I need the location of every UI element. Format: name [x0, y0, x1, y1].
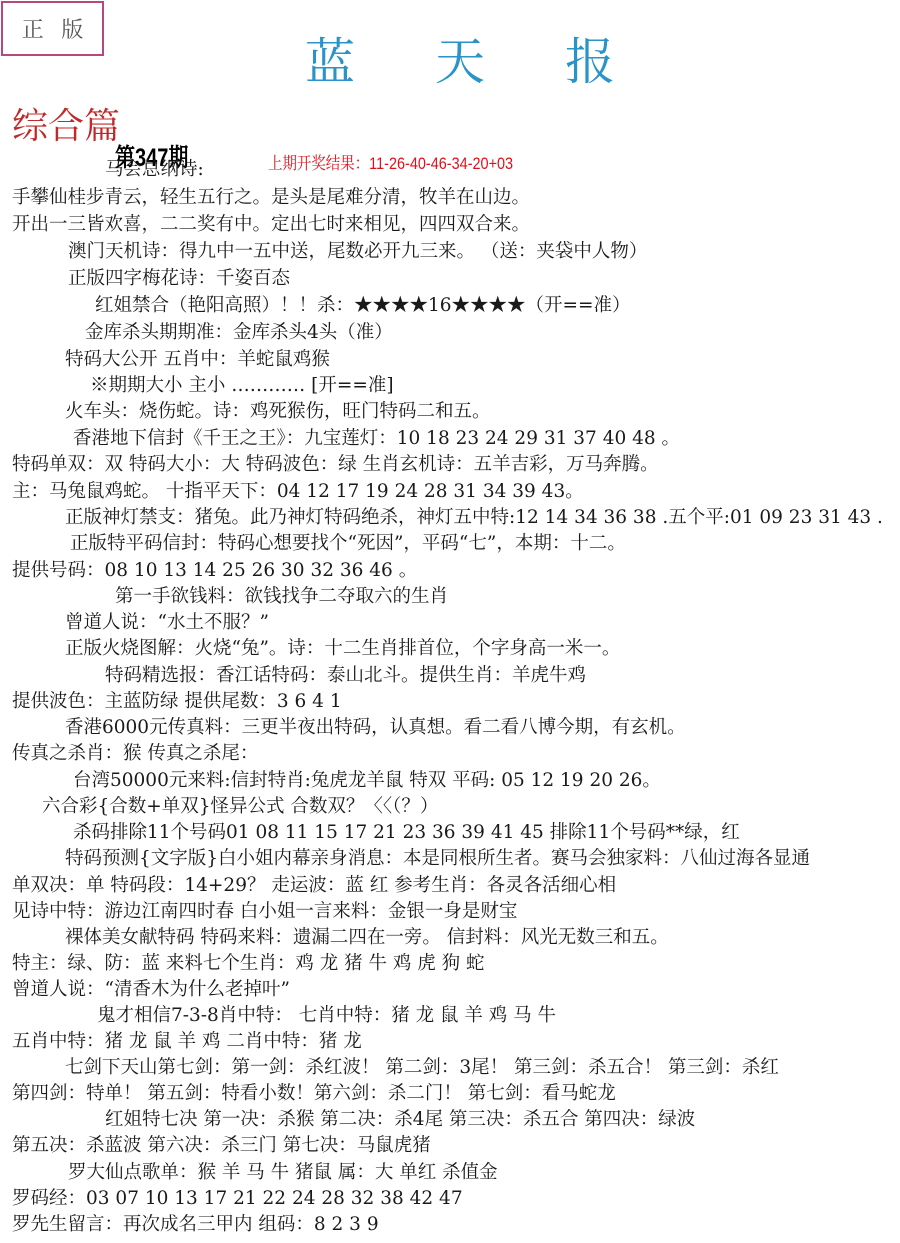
text-line: 红姐禁合（艳阳高照）！！杀：★★★★16★★★★（开==准）: [95, 294, 631, 318]
text-line: 罗码经：03 07 10 13 17 21 22 24 28 32 38 42 …: [12, 1187, 463, 1211]
text-line: 开出一三皆欢喜，二二奖有中。定出七时来相见，四四双合来。: [12, 213, 530, 237]
text-line: 第四剑：特单！ 第五剑：特看小数！第六剑：杀二门！ 第七剑：看马蛇龙: [12, 1082, 616, 1106]
text-line: 杀码排除11个号码01 08 11 15 17 21 23 36 39 41 4…: [73, 821, 740, 845]
text-line: 曾道人说：“清香木为什么老掉叶”: [12, 978, 290, 1002]
text-line: 正版特平码信封：特码心想要找个“死因”，平码“七”，本期：十二。: [70, 532, 626, 556]
text-line: 特主：绿、防：蓝 来料七个生肖：鸡 龙 猪 牛 鸡 虎 狗 蛇: [12, 952, 485, 976]
text-line: 曾道人说：“水土不服？”: [65, 611, 269, 635]
text-line: ※期期大小 主小 ………… [开==准]: [90, 374, 394, 398]
title-char: 天: [435, 22, 485, 94]
text-line: 正版神灯禁支：猪兔。此乃神灯特码绝杀，神灯五中特:12 14 34 36 38 …: [65, 506, 883, 530]
text-line: 特码预测{文字版}白小姐内幕亲身消息：本是同根所生者。赛马会独家料：八仙过海各显…: [65, 847, 810, 871]
text-line: 马会总纲诗:: [105, 158, 204, 182]
title-char: 报: [565, 22, 615, 94]
text-line: 罗大仙点歌单：猴 羊 马 牛 猪鼠 属：大 单红 杀值金: [68, 1161, 498, 1185]
text-line: 传真之杀肖：猴 传真之杀尾：: [12, 742, 258, 766]
last-draw-result: 上期开奖结果：11-26-40-46-34-20+03: [268, 149, 513, 174]
text-line: 主：马兔鼠鸡蛇。 十指平天下：04 12 17 19 24 28 31 34 3…: [12, 480, 584, 504]
text-line: 提供号码：08 10 13 14 25 26 30 32 36 46 。: [12, 559, 417, 583]
text-line: 红姐特七决 第一决：杀猴 第二决：杀4尾 第三决：杀五合 第四决：绿波: [105, 1108, 695, 1132]
text-line: 特码大公开 五肖中：羊蛇鼠鸡猴: [65, 348, 330, 372]
text-line: 澳门天机诗：得九中一五中送，尾数必开九三来。 （送：夹袋中人物）: [68, 240, 647, 264]
badge-char: 正: [22, 13, 44, 44]
text-line: 香港地下信封《千王之王》：九宝莲灯：10 18 23 24 29 31 37 4…: [73, 427, 680, 451]
text-line: 火车头：烧伤蛇。诗：鸡死猴伤，旺门特码二和五。: [65, 400, 491, 424]
section-heading: 综合篇: [12, 98, 120, 149]
text-line: 特码单双：双 特码大小：大 特码波色：绿 生肖玄机诗：五羊吉彩，万马奔腾。: [12, 453, 659, 477]
text-line: 六合彩{合数+单双}怪异公式 合数双？〈〈（？）: [42, 795, 438, 819]
text-line: 香港6000元传真料：三更半夜出特码，认真想。看二看八博今期，有玄机。: [65, 716, 686, 740]
text-line: 五肖中特：猪 龙 鼠 羊 鸡 二肖中特：猪 龙: [12, 1030, 362, 1054]
text-line: 罗先生留言：再次成名三甲内 组码：8 2 3 9: [12, 1213, 379, 1237]
text-line: 单双决：单 特码段：14+29？ 走运波：蓝 红 参考生肖：各灵各活细心相: [12, 874, 616, 898]
text-line: 见诗中特：游边江南四时春 白小姐一言来料：金银一身是财宝: [12, 900, 517, 924]
authentic-badge: 正 版: [1, 1, 104, 56]
badge-char: 版: [61, 13, 83, 44]
text-line: 裸体美女献特码 特码来料：遗漏二四在一旁。 信封料：风光无数三和五。: [65, 926, 669, 950]
text-line: 手攀仙桂步青云，轻生五行之。是头是尾难分清，牧羊在山边。: [12, 186, 530, 210]
page-title: 蓝 天 报: [305, 22, 615, 94]
text-line: 正版火烧图解：火烧“兔”。诗：十二生肖排首位，个字身高一米一。: [65, 637, 620, 661]
text-line: 第五决：杀蓝波 第六决：杀三门 第七决：马鼠虎猪: [12, 1134, 431, 1158]
text-line: 金库杀头期期准：金库杀头4头（准）: [85, 321, 393, 345]
text-line: 特码精选报：香江话特码：泰山北斗。提供生肖：羊虎牛鸡: [105, 664, 586, 688]
title-char: 蓝: [305, 22, 355, 94]
text-line: 台湾50000元来料:信封特肖:兔虎龙羊鼠 特双 平码: 05 12 19 20…: [73, 769, 661, 793]
text-line: 鬼才相信7-3-8肖中特： 七肖中特：猪 龙 鼠 羊 鸡 马 牛: [97, 1004, 556, 1028]
text-line: 提供波色：主蓝防绿 提供尾数：3 6 4 1: [12, 690, 342, 714]
text-line: 第一手欲钱料：欲钱找争二夺取六的生肖: [115, 585, 448, 609]
text-line: 七剑下天山第七剑：第一剑：杀红波！ 第二剑：3尾！ 第三剑：杀五合！ 第三剑：杀…: [65, 1056, 779, 1080]
text-line: 正版四字梅花诗：千姿百态: [68, 267, 290, 291]
